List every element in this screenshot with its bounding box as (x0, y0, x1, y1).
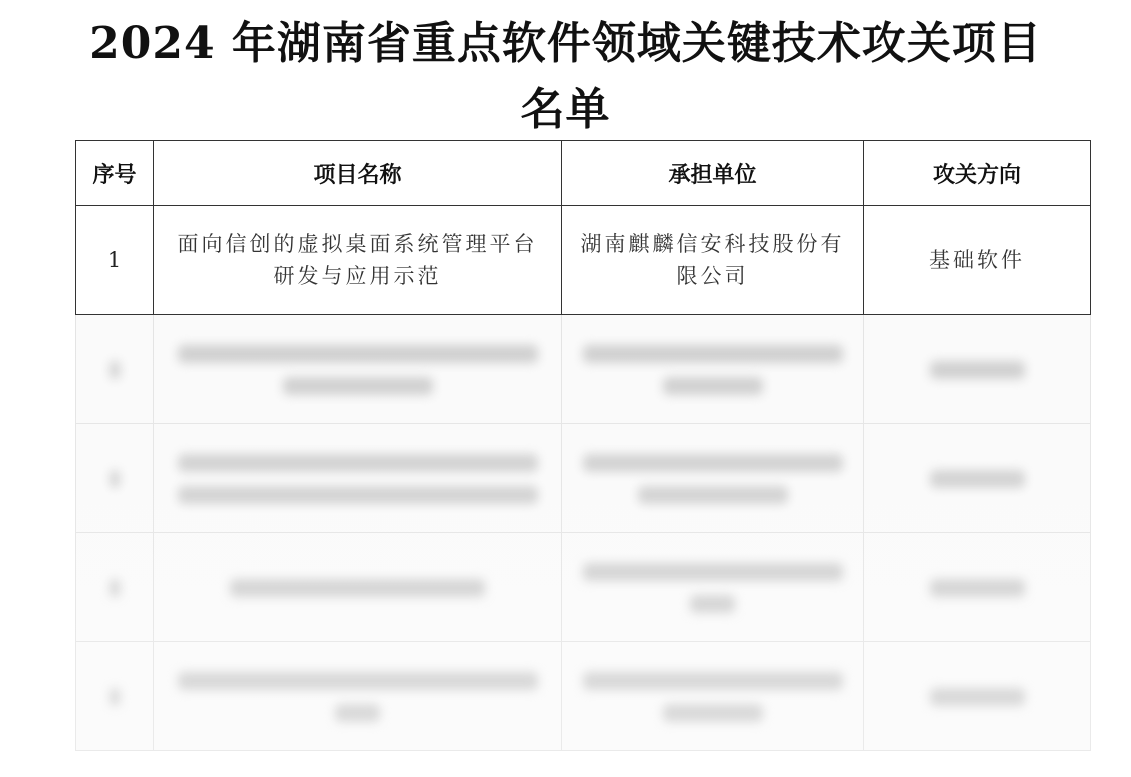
cell-direction: 基础软件 (864, 206, 1091, 315)
cell-direction-redacted (864, 642, 1091, 751)
table-row-redacted (76, 315, 1091, 424)
cell-seq-redacted (76, 533, 154, 642)
cell-project-name-redacted (154, 315, 562, 424)
cell-seq-redacted (76, 315, 154, 424)
cell-project-name-redacted (154, 424, 562, 533)
table-header-row: 序号 项目名称 承担单位 攻关方向 (76, 141, 1091, 206)
cell-unit-redacted (562, 533, 864, 642)
header-unit: 承担单位 (562, 141, 864, 206)
cell-direction-redacted (864, 424, 1091, 533)
header-project-name: 项目名称 (154, 141, 562, 206)
cell-unit-redacted (562, 315, 864, 424)
cell-unit: 湖南麒麟信安科技股份有限公司 (562, 206, 864, 315)
cell-seq-redacted (76, 424, 154, 533)
cell-project-name-redacted (154, 642, 562, 751)
header-seq: 序号 (76, 141, 154, 206)
cell-seq-redacted (76, 642, 154, 751)
cell-unit-redacted (562, 424, 864, 533)
table-row-redacted (76, 642, 1091, 751)
table-row-redacted (76, 424, 1091, 533)
project-list-table: 序号 项目名称 承担单位 攻关方向 1 面向信创的虚拟桌面系统管理平台研发与应用… (75, 140, 1091, 751)
document-title-line-1: 2024 年湖南省重点软件领域关键技术攻关项目 (0, 18, 1131, 70)
table-row: 1 面向信创的虚拟桌面系统管理平台研发与应用示范 湖南麒麟信安科技股份有限公司 … (76, 206, 1091, 315)
cell-unit-redacted (562, 642, 864, 751)
header-direction: 攻关方向 (864, 141, 1091, 206)
cell-project-name-redacted (154, 533, 562, 642)
cell-direction-redacted (864, 315, 1091, 424)
table-row-redacted (76, 533, 1091, 642)
cell-direction-redacted (864, 533, 1091, 642)
cell-seq: 1 (76, 206, 154, 315)
cell-project-name: 面向信创的虚拟桌面系统管理平台研发与应用示范 (154, 206, 562, 315)
document-title-line-2: 名单 (0, 84, 1131, 136)
